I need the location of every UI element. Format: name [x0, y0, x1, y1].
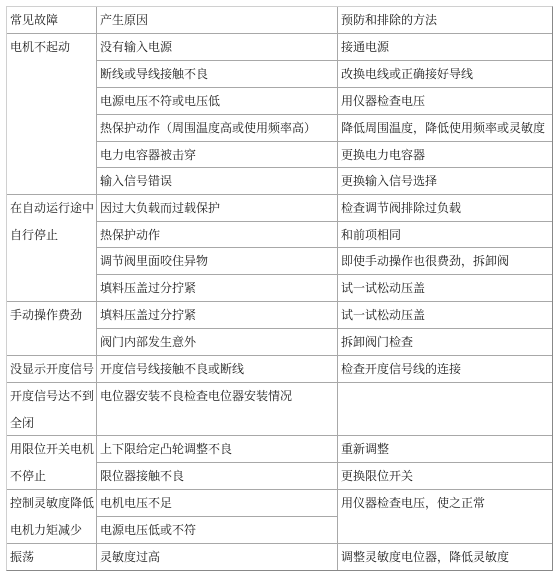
remedy-text: 重新调整	[341, 436, 552, 463]
remedy-cell: 改换电线或正确接好导线	[337, 60, 553, 88]
fault-label: 全闭	[10, 410, 96, 436]
header-cause-label: 产生原因	[100, 7, 337, 34]
remedy-text: 检查调节阀排除过负载	[341, 195, 552, 222]
fault-cell: 振荡	[6, 543, 97, 571]
remedy-cell: 试一试松动压盖	[337, 274, 553, 302]
cause-text: 电位器安装不良检查电位器安装情况	[100, 383, 337, 410]
remedy-text: 用仪器检查电压	[341, 88, 552, 115]
remedy-text: 用仪器检查电压，使之正常	[341, 490, 552, 517]
remedy-text: 试一试松动压盖	[341, 275, 552, 302]
cause-text: 没有输入电源	[100, 34, 337, 61]
fault-cell: 用限位开关电机不停止	[6, 435, 97, 490]
remedy-cell: 更换输入信号选择	[337, 167, 553, 195]
cause-cell: 没有输入电源	[96, 33, 338, 61]
remedy-text: 接通电源	[341, 34, 552, 61]
cause-text: 开度信号线接触不良或断线	[100, 356, 337, 383]
cause-cell: 电源电压低或不符	[96, 516, 338, 544]
cause-text: 热保护动作	[100, 222, 337, 248]
cause-cell: 灵敏度过高	[96, 543, 338, 571]
remedy-text: 即使手动操作也很费劲，拆卸阀	[341, 248, 552, 275]
remedy-text: 试一试松动压盖	[341, 302, 552, 329]
cause-text: 灵敏度过高	[100, 544, 337, 571]
cause-text: 调节阀里面咬住异物	[100, 248, 337, 275]
header-fault: 常见故障	[6, 6, 97, 34]
remedy-cell: 降低周围温度，降低使用频率或灵敏度	[337, 114, 553, 142]
cause-text: 输入信号错误	[100, 168, 337, 195]
cause-cell: 电力电容器被击穿	[96, 141, 338, 168]
fault-table: 常见故障 产生原因 预防和排除的方法 电机不起动 没有输入电源 接通电源 断线或…	[6, 6, 553, 571]
fault-cell: 没显示开度信号	[6, 355, 97, 383]
remedy-cell: 用仪器检查电压	[337, 87, 553, 115]
remedy-cell: 检查开度信号线的连接	[337, 355, 553, 383]
cause-text: 上下限给定凸轮调整不良	[100, 436, 337, 463]
remedy-cell	[337, 382, 553, 436]
cause-cell: 断线或导线接触不良	[96, 60, 338, 88]
fault-label: 用限位开关电机	[10, 436, 96, 463]
header-remedy-label: 预防和排除的方法	[341, 7, 552, 34]
cause-text: 热保护动作（周围温度高或使用频率高）	[100, 115, 337, 142]
cause-text: 填料压盖过分拧紧	[100, 302, 337, 329]
header-cause: 产生原因	[96, 6, 338, 34]
remedy-cell: 拆卸阀门检查	[337, 328, 553, 356]
cause-text: 电源电压不符或电压低	[100, 88, 337, 115]
cause-cell: 填料压盖过分拧紧	[96, 274, 338, 302]
cause-text: 限位器接触不良	[100, 463, 337, 490]
fault-cell: 控制灵敏度降低电机力矩减少	[6, 489, 97, 544]
cause-cell: 电源电压不符或电压低	[96, 87, 338, 115]
remedy-cell: 接通电源	[337, 33, 553, 61]
remedy-text: 更换限位开关	[341, 463, 552, 490]
remedy-text: 更换电力电容器	[341, 142, 552, 168]
remedy-cell: 即使手动操作也很费劲，拆卸阀	[337, 247, 553, 275]
cause-cell: 输入信号错误	[96, 167, 338, 195]
remedy-text: 和前项相同	[341, 222, 552, 248]
fault-label: 电机力矩减少	[10, 517, 96, 544]
cause-cell: 上下限给定凸轮调整不良	[96, 435, 338, 463]
remedy-text: 更换输入信号选择	[341, 168, 552, 195]
cause-text: 阀门内部发生意外	[100, 329, 337, 356]
remedy-cell: 更换限位开关	[337, 462, 553, 490]
cause-cell: 热保护动作（周围温度高或使用频率高）	[96, 114, 338, 142]
fault-label: 开度信号达不到	[10, 383, 96, 410]
cause-text: 电机电压不足	[100, 490, 337, 517]
remedy-cell: 更换电力电容器	[337, 141, 553, 168]
remedy-cell: 调整灵敏度电位器，降低灵敏度	[337, 543, 553, 571]
fault-cell: 在自动运行途中自行停止	[6, 194, 97, 302]
remedy-cell: 和前项相同	[337, 221, 553, 248]
fault-label: 在自动运行途中	[10, 195, 96, 222]
cause-cell: 限位器接触不良	[96, 462, 338, 490]
cause-cell: 填料压盖过分拧紧	[96, 301, 338, 329]
fault-label: 自行停止	[10, 222, 96, 249]
fault-cell: 电机不起动	[6, 33, 97, 195]
cause-text: 因过大负载而过载保护	[100, 195, 337, 222]
header-fault-label: 常见故障	[10, 7, 96, 34]
fault-label: 振荡	[10, 544, 96, 571]
fault-label: 电机不起动	[10, 34, 96, 61]
remedy-cell: 重新调整	[337, 435, 553, 463]
cause-cell: 电机电压不足	[96, 489, 338, 517]
cause-cell: 阀门内部发生意外	[96, 328, 338, 356]
cause-text: 断线或导线接触不良	[100, 61, 337, 88]
cause-cell: 调节阀里面咬住异物	[96, 247, 338, 275]
header-remedy: 预防和排除的方法	[337, 6, 553, 34]
fault-label: 没显示开度信号	[10, 356, 96, 383]
cause-text: 电源电压低或不符	[100, 517, 337, 544]
remedy-cell: 用仪器检查电压，使之正常	[337, 489, 553, 544]
fault-cell: 开度信号达不到全闭	[6, 382, 97, 436]
remedy-text: 拆卸阀门检查	[341, 329, 552, 356]
cause-cell: 开度信号线接触不良或断线	[96, 355, 338, 383]
fault-cell: 手动操作费劲	[6, 301, 97, 356]
remedy-text: 改换电线或正确接好导线	[341, 61, 552, 88]
fault-label: 控制灵敏度降低	[10, 490, 96, 517]
remedy-text: 调整灵敏度电位器，降低灵敏度	[341, 544, 552, 571]
cause-cell: 电位器安装不良检查电位器安装情况	[96, 382, 338, 436]
fault-label: 不停止	[10, 463, 96, 490]
remedy-cell: 检查调节阀排除过负载	[337, 194, 553, 222]
remedy-text: 检查开度信号线的连接	[341, 356, 552, 383]
remedy-cell: 试一试松动压盖	[337, 301, 553, 329]
cause-text: 填料压盖过分拧紧	[100, 275, 337, 302]
fault-label: 手动操作费劲	[10, 302, 96, 329]
remedy-text: 降低周围温度，降低使用频率或灵敏度	[341, 115, 552, 142]
cause-cell: 热保护动作	[96, 221, 338, 248]
cause-text: 电力电容器被击穿	[100, 142, 337, 168]
cause-cell: 因过大负载而过载保护	[96, 194, 338, 222]
